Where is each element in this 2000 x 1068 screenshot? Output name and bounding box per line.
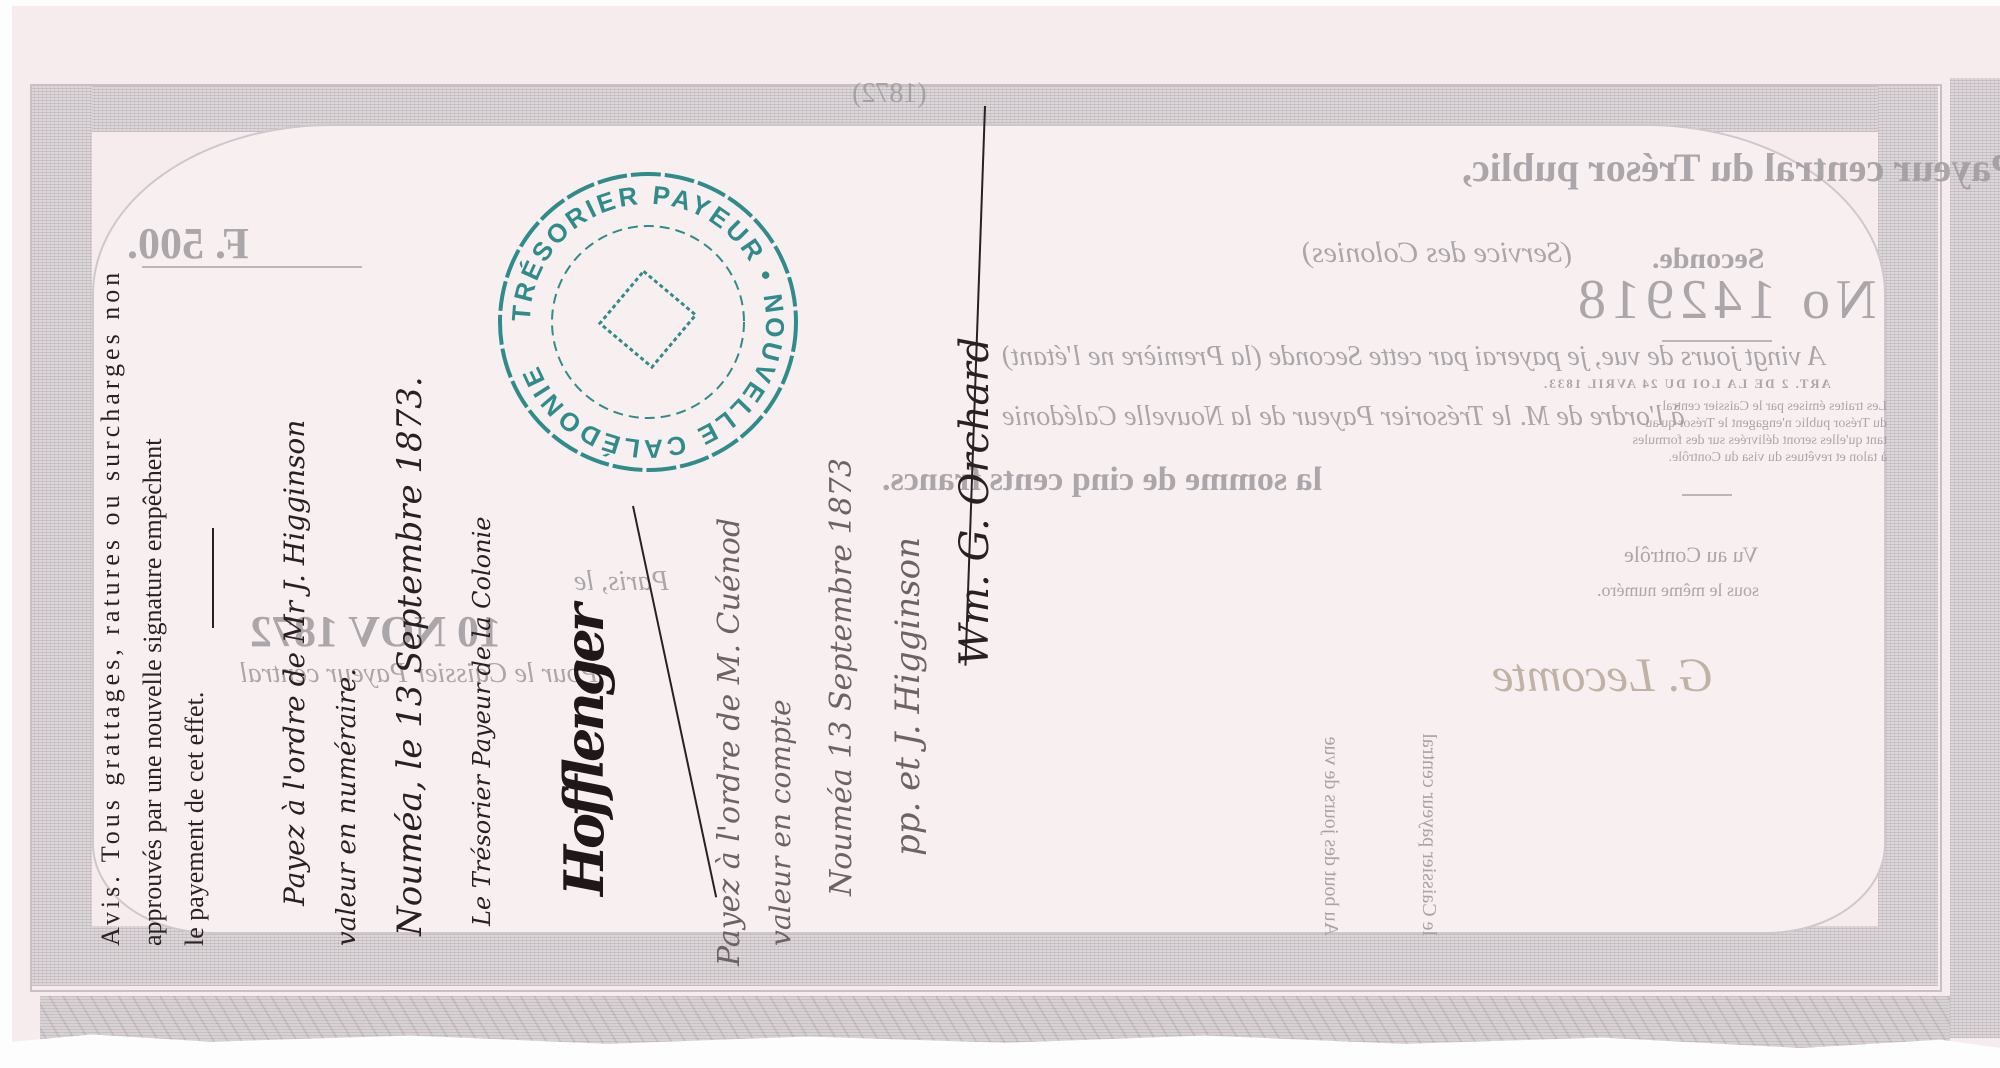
bleed-body-line2: à l'ordre de M. le Trésorier Payeur de l… — [1002, 401, 1685, 433]
stamp-center-square — [600, 271, 696, 367]
amount-rule — [142, 266, 362, 268]
bleed-title: Traite du Caissier Payeur central du Tré… — [1462, 144, 2000, 191]
bleed-side-note-1: Au bout des jours de vue — [1319, 737, 1342, 936]
bleed-controller-signature: G. Lecomte — [1492, 648, 1713, 703]
treasury-stamp: TRÉSORIER PAYEUR • NOUVELLE CALÉDONIE — [494, 168, 802, 476]
bleed-visa-sub: sous le même numéro. — [1597, 580, 1759, 601]
bill-sheet: Traite du Caissier Payeur central du Tré… — [12, 6, 2000, 1048]
bleed-amount-box: F. 500. — [127, 218, 249, 269]
endorsement-2-line3: Nouméa 13 Septembre 1873 — [824, 458, 859, 896]
bleed-body-line3: la somme de cinq cents francs. — [882, 461, 1322, 499]
endorsement-1-line2: valeur en numéraire. — [332, 668, 362, 946]
bleed-law-ref: ART. 2 DE LA LOI DU 24 AVRIL 1833. — [1542, 376, 1831, 392]
law-rule — [1682, 494, 1732, 496]
endorsement-1-line4: Le Trésorier Payeur de la Colonie — [468, 517, 496, 926]
endorsement-2-line1: Payez à l'ordre de M. Cuénod — [712, 518, 747, 966]
stamp-legend: TRÉSORIER PAYEUR • NOUVELLE CALÉDONIE — [506, 180, 791, 464]
notice-divider — [212, 528, 214, 628]
bleed-body-line1: A vingt jours de vue, je payerai par cet… — [1002, 341, 1825, 373]
bleed-visa: Vu au Contrôle — [1624, 542, 1758, 568]
bleed-place: Paris, le — [574, 566, 669, 598]
bleed-serial-number: No 142918 — [1572, 268, 1876, 332]
svg-text:TRÉSORIER PAYEUR • NOUVELLE CA: TRÉSORIER PAYEUR • NOUVELLE CALÉDONIE — [506, 180, 791, 464]
endorsement-1-line1: Payez à l'ordre de Mr J. Higginson — [278, 420, 311, 906]
bleed-year: (1872) — [852, 78, 927, 110]
endorsement-2-line4: pp. et J. Higginson — [888, 537, 928, 856]
counterfoil-strip — [1950, 78, 2000, 1038]
bleed-side-note-2: le Caissier payeur central — [1417, 733, 1440, 936]
endorsement-1-line3: Nouméa, le 13 Septembre 1873. — [390, 376, 430, 936]
bleed-service: (Service des Colonies) — [1302, 236, 1572, 270]
torn-bottom-strip — [40, 996, 1950, 1054]
endorsement-1-signature: Hofflenger — [552, 608, 616, 896]
endorsement-2-line2: valeur en compte — [764, 699, 797, 946]
notice-text: Avis. Tous grattages, ratures ou surchar… — [90, 269, 216, 946]
